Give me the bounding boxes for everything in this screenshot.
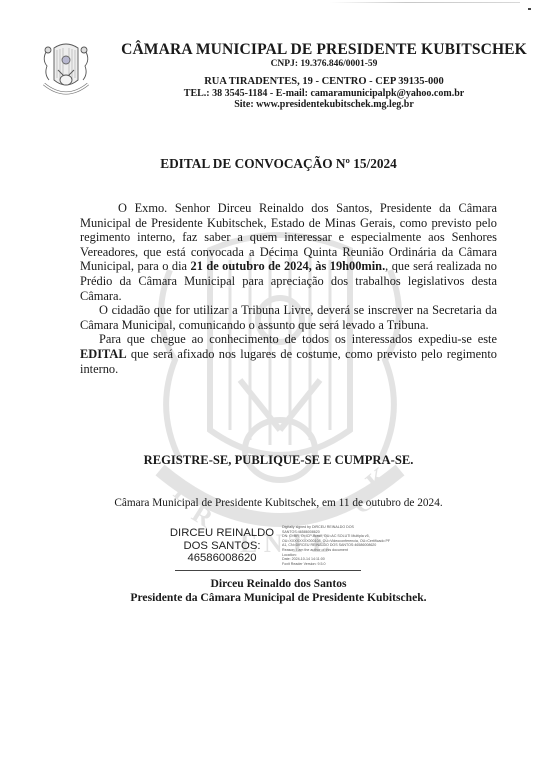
meeting-date: 21 de outubro de 2024, às 19h00min. xyxy=(191,259,386,273)
paragraph-publication: Para que chegue ao conhecimento de todos… xyxy=(80,332,497,376)
closing-formula: REGISTRE-SE, PUBLIQUE-SE E CUMPRA-SE. xyxy=(0,453,557,468)
signatory-role: Presidente da Câmara Municipal de Presid… xyxy=(0,591,557,604)
contact-line: TEL.: 38 3545-1184 - E-mail: camaramunic… xyxy=(104,88,544,99)
digital-signature-details: Digitally signed by DIRCEU REINALDO DOS … xyxy=(282,525,392,566)
signature-line xyxy=(175,570,361,571)
document-body: O Exmo. Senhor Dirceu Reinaldo dos Santo… xyxy=(80,201,497,376)
address: RUA TIRADENTES, 19 - CENTRO - CEP 39135-… xyxy=(104,76,544,87)
scan-edge-line xyxy=(330,2,520,3)
edital-emphasis: EDITAL xyxy=(80,347,127,361)
paragraph-tribuna: O cidadão que for utilizar a Tribuna Liv… xyxy=(80,303,497,332)
coat-of-arms-icon xyxy=(40,40,92,102)
digital-signature-name: DIRCEU REINALDO DOS SANTOS: 46586008620 xyxy=(168,527,276,565)
document-title: EDITAL DE CONVOCAÇÃO Nº 15/2024 xyxy=(0,156,557,172)
signatory-name: Dirceu Reinaldo dos Santos xyxy=(0,577,557,590)
scan-speck xyxy=(528,8,531,10)
website: Site: www.presidentekubitschek.mg.leg.br xyxy=(104,99,544,110)
place-date: Câmara Municipal de Presidente Kubitsche… xyxy=(0,497,557,509)
paragraph-convocation: O Exmo. Senhor Dirceu Reinaldo dos Santo… xyxy=(80,201,497,303)
institution-name: CÂMARA MUNICIPAL DE PRESIDENTE KUBITSCHE… xyxy=(104,41,544,59)
cnpj: CNPJ: 19.376.846/0001-59 xyxy=(104,59,544,69)
